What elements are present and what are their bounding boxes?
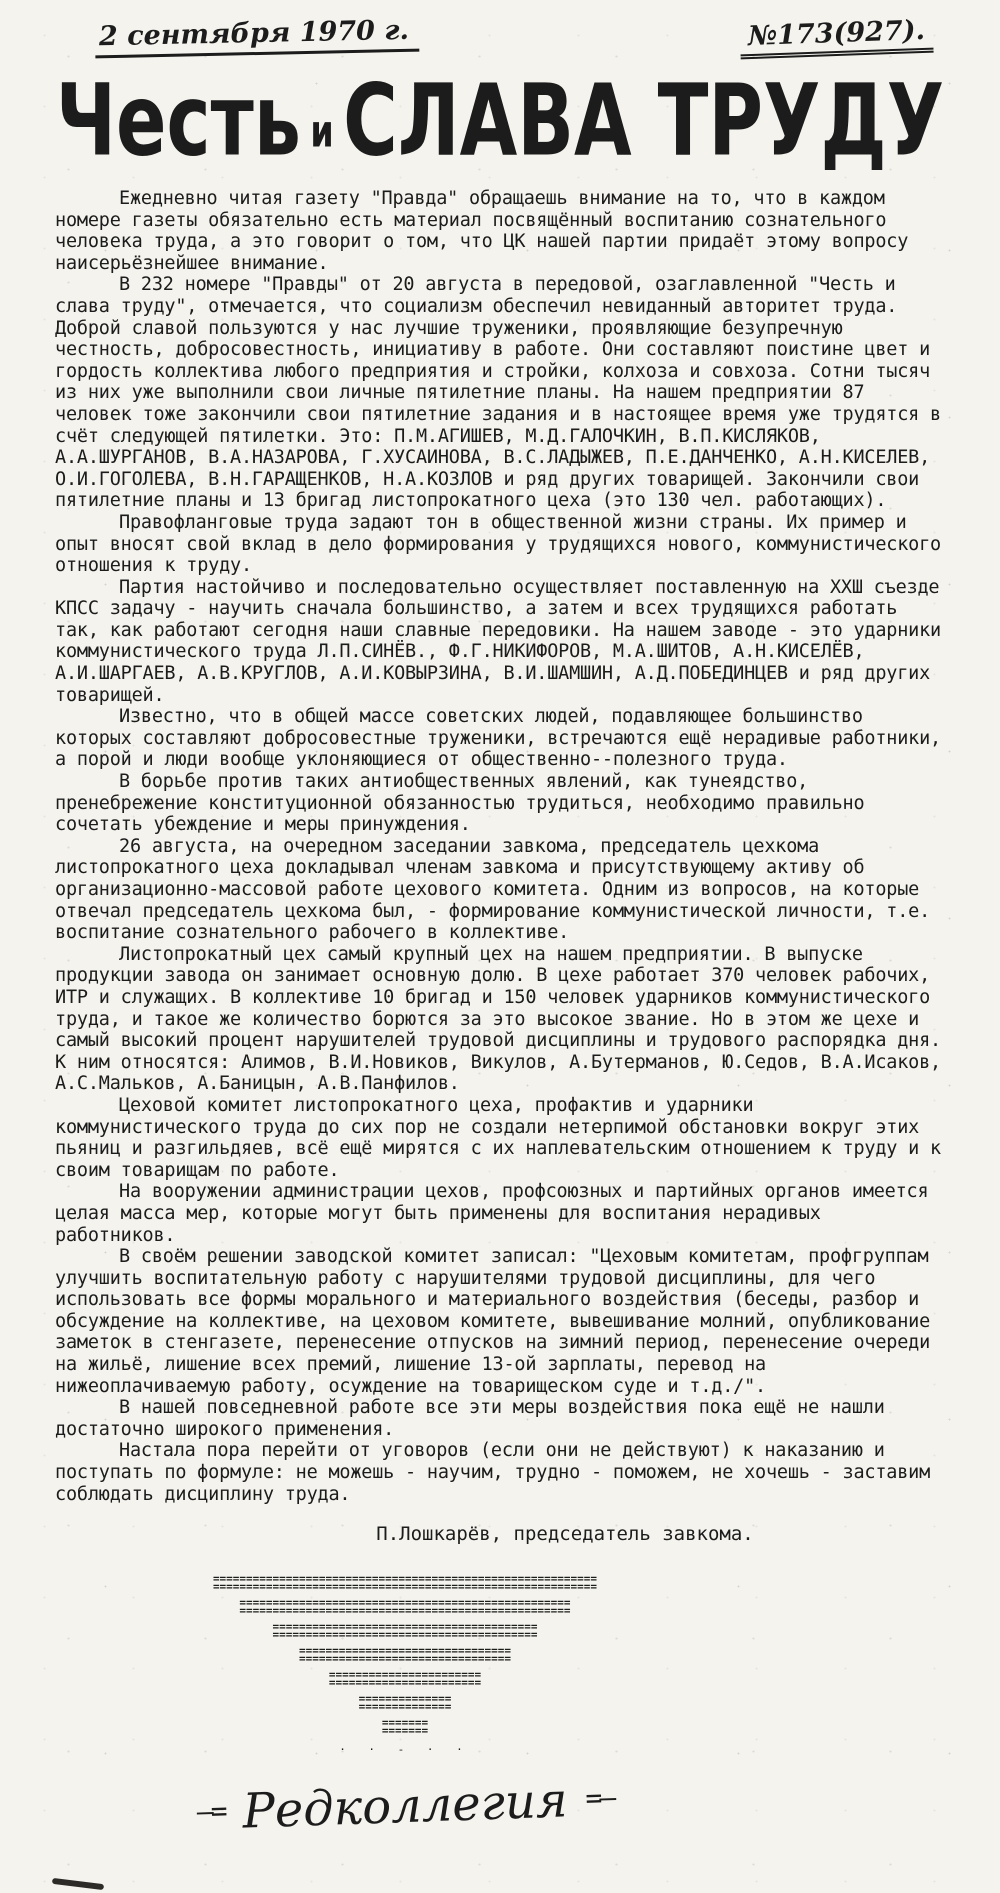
paragraph-2: В 232 номере "Правды" от 20 августа в пе… — [55, 274, 950, 512]
paragraph-8: Листопрокатный цех самый крупный цех на … — [55, 944, 950, 1095]
divider-row-4: ================================ =======… — [0, 1647, 810, 1663]
divider-row-5: ======================= ================… — [0, 1671, 810, 1687]
paragraph-3: Правофланговые труда задают тон в общест… — [55, 512, 950, 577]
title-word-chest: Честь — [56, 62, 301, 178]
divider-row-7: ======= ======= — [0, 1719, 810, 1735]
title-conjunction: и — [310, 106, 333, 158]
redkollegiya-signature: —=Редколлегия=— — [0, 1764, 811, 1848]
left-equals-mark: —= — [196, 1795, 225, 1829]
paragraph-7: 26 августа, на очередном заседании завко… — [55, 836, 950, 944]
redkollegiya-script: Редколлегия — [242, 1773, 569, 1840]
divider-row-1: ========================================… — [0, 1575, 810, 1591]
right-equals-mark: =— — [585, 1781, 614, 1815]
paragraph-4: Партия настойчиво и последовательно осущ… — [55, 577, 950, 707]
divider-row-2: ========================================… — [0, 1599, 810, 1615]
corner-ink-mark — [52, 1878, 104, 1890]
paragraph-12: В нашей повседневной работе все эти меры… — [55, 1397, 950, 1440]
paragraph-9: Цеховой комитет листопрокатного цеха, пр… — [55, 1095, 950, 1181]
scanned-bulletin-page: 2 сентября 1970 г. №173(927). Честь и СЛ… — [0, 0, 1000, 1893]
title-words-slava-trudu: СЛАВА ТРУДУ — [343, 62, 944, 178]
bottom-decoration-block: ========================================… — [0, 1575, 810, 1834]
divider-row-3: ========================================… — [0, 1623, 810, 1639]
divider-pyramid: ========================================… — [0, 1575, 810, 1735]
masthead-title: Честь и СЛАВА ТРУДУ — [10, 62, 990, 215]
article-body: Ежедневно читая газету "Правда" обращаеш… — [0, 180, 1000, 1505]
paragraph-11: В своём решении заводской комитет записа… — [55, 1246, 950, 1397]
paragraph-6: В борьбе против таких антиобщественных я… — [55, 771, 950, 836]
paragraph-5: Известно, что в общей массе советских лю… — [55, 706, 950, 771]
masthead-header: 2 сентября 1970 г. №173(927). — [0, 0, 1000, 56]
handwritten-date: 2 сентября 1970 г. — [95, 15, 420, 59]
dots-row: · · - · · — [0, 1743, 810, 1756]
paragraph-10: На вооружении администрации цехов, профс… — [55, 1181, 950, 1246]
issue-number: №173(927). — [739, 15, 933, 60]
divider-row-6: ============== ============== — [0, 1695, 810, 1711]
signature-line: П.Лошкарёв, председатель завкома. — [0, 1523, 1000, 1545]
paragraph-13: Настала пора перейти от уговоров (если о… — [55, 1440, 950, 1505]
